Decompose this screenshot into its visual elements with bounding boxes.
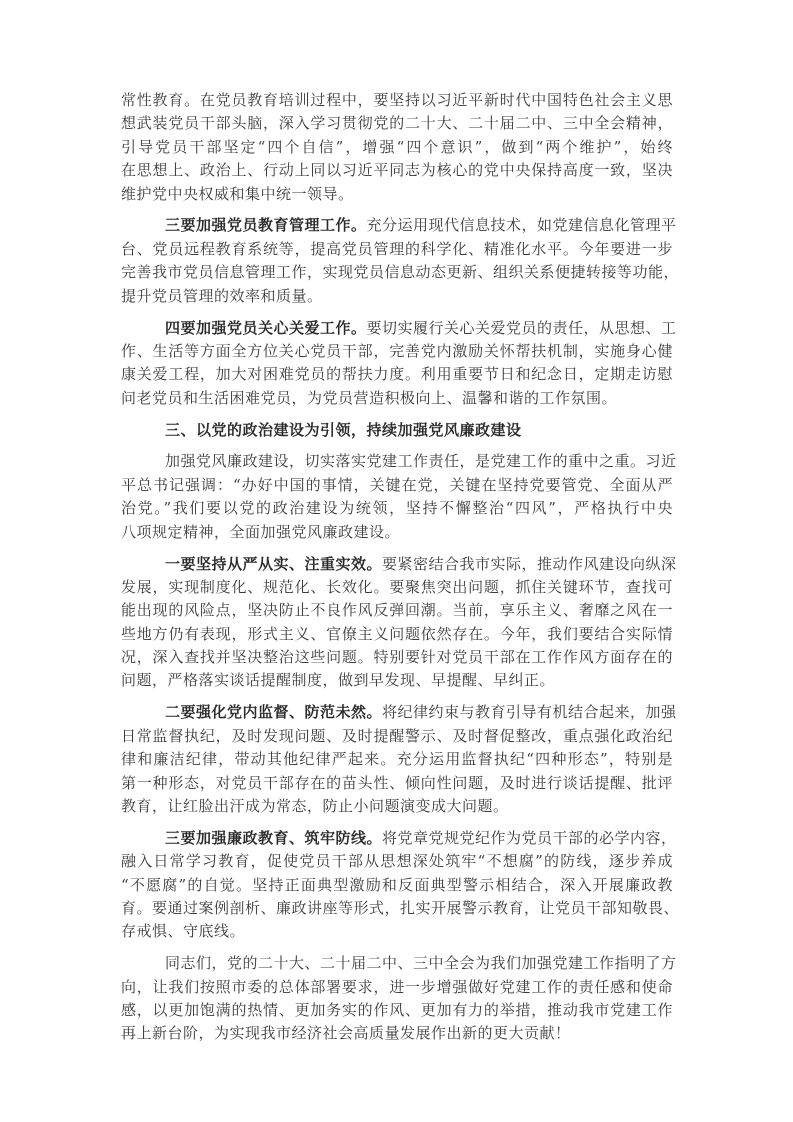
text-line: 些地方仍有表现，形式主义、官僚主义问题依然存在。今年，我们要结合实际情 xyxy=(121,623,673,646)
paragraph-lead: 三要加强廉政教育、筑牢防线。 xyxy=(165,829,382,847)
paragraph-party-member-management: 三要加强党员教育管理工作。充分运用现代信息技术，如党建信息化管理平 台、党员远程… xyxy=(121,214,673,308)
text-line: 问题，严格落实谈话提醒制度，做到早发现、早提醒、早纠正。 xyxy=(121,669,673,692)
text-line: 能出现的风险点，坚决防止不良作风反弹回潮。当前，享乐主义、奢靡之风在一 xyxy=(121,599,673,622)
text-line: 三要加强廉政教育、筑牢防线。将党章党规党纪作为党员干部的必学内容， xyxy=(121,827,673,850)
paragraph-internal-supervision: 二要强化党内监督、防范未然。将纪律约束与教育引导有机结合起来，加强 日常监督执纪… xyxy=(121,701,673,818)
paragraph-strict-and-practical: 一要坚持从严从实、注重实效。要紧密结合我市实际，推动作风建设向纵深 发展，实现制… xyxy=(121,553,673,693)
text-line: 同志们，党的二十大、二十届二中、三中全会为我们加强党建工作指明了方 xyxy=(121,952,673,975)
text-line: 向，让我们按照市委的总体部署要求，进一步增强做好党建工作的责任感和使命 xyxy=(121,976,673,999)
text-line: 融入日常学习教育，促使党员干部从思想深处筑牢“不想腐”的防线，逐步养成 xyxy=(121,850,673,873)
text-line: 引导党员干部坚定“四个自信”，增强“四个意识”，做到“两个维护”，始终 xyxy=(121,136,673,159)
paragraph-continuation-education: 常性教育。在党员教育培训过程中，要坚持以习近平新时代中国特色社会主义思 想武装党… xyxy=(121,89,673,206)
text-line: 台、党员远程教育系统等，提高党员管理的科学化、精准化水平。今年要进一步 xyxy=(121,238,673,261)
paragraph-closing: 同志们，党的二十大、二十届二中、三中全会为我们加强党建工作指明了方 向，让我们按… xyxy=(121,952,673,1046)
paragraph-party-member-care: 四要加强党员关心关爱工作。要切实履行关心关爱党员的责任，从思想、工 作、生活等方… xyxy=(121,317,673,411)
paragraph-text: 将党章党规党纪作为党员干部的必学内容， xyxy=(382,829,677,847)
text-line: 加强党风廉政建设，切实落实党建工作责任，是党建工作的重中之重。习近 xyxy=(121,450,673,473)
paragraph-lead: 二要强化党内监督、防范未然。 xyxy=(165,703,382,721)
text-line: 治党。”我们要以党的政治建设为统领，坚持不懈整治“四风”，严格执行中央 xyxy=(121,497,673,520)
section-heading: 三、以党的政治建设为引领，持续加强党风廉政建设 xyxy=(121,419,673,442)
text-line: 教育，让红脸出汗成为常态，防止小问题演变成大问题。 xyxy=(121,795,673,818)
text-line: 康关爱工程，加大对困难党员的帮扶力度。利用重要节日和纪念日，定期走访慰 xyxy=(121,363,673,386)
paragraph-lead: 三要加强党员教育管理工作。 xyxy=(165,216,367,234)
paragraph-clean-governance-intro: 加强党风廉政建设，切实落实党建工作责任，是党建工作的重中之重。习近 平总书记强调… xyxy=(121,450,673,544)
paragraph-lead: 一要坚持从严从实、注重实效。 xyxy=(165,555,382,573)
text-line: 第一种形态，对党员干部存在的苗头性、倾向性问题，及时进行谈话提醒、批评 xyxy=(121,772,673,795)
text-line: 二要强化党内监督、防范未然。将纪律约束与教育引导有机结合起来，加强 xyxy=(121,701,673,724)
text-line: 三要加强党员教育管理工作。充分运用现代信息技术，如党建信息化管理平 xyxy=(121,214,673,237)
text-line: 四要加强党员关心关爱工作。要切实履行关心关爱党员的责任，从思想、工 xyxy=(121,317,673,340)
paragraph-text: 要切实履行关心关爱党员的责任，从思想、工 xyxy=(367,319,677,337)
text-line: 八项规定精神，全面加强党风廉政建设。 xyxy=(121,521,673,544)
text-line: 作、生活等方面全方位关心党员干部，完善党内激励关怀帮扶机制，实施身心健 xyxy=(121,340,673,363)
text-line: 况，深入查找并坚决整治这些问题。特别要针对党员干部在工作作风方面存在的 xyxy=(121,646,673,669)
text-line: 平总书记强调：“办好中国的事情，关键在党，关键在坚持党要管党、全面从严 xyxy=(121,474,673,497)
paragraph-text: 要紧密结合我市实际，推动作风建设向纵深 xyxy=(382,555,677,573)
text-line: 日常监督执纪，及时发现问题、及时提醒警示、及时督促整改，重点强化政治纪 xyxy=(121,725,673,748)
text-line: 再上新台阶，为实现我市经济社会高质量发展作出新的更大贡献！ xyxy=(121,1022,673,1045)
paragraph-text: 将纪律约束与教育引导有机结合起来，加强 xyxy=(382,703,677,721)
paragraph-lead: 四要加强党员关心关爱工作。 xyxy=(165,319,367,337)
text-line: 存戒惧、守底线。 xyxy=(121,920,673,943)
text-line: 在思想上、政治上、行动上同以习近平同志为核心的党中央保持高度一致，坚决 xyxy=(121,159,673,182)
text-line: 问老党员和生活困难党员，为党员营造积极向上、温馨和谐的工作氛围。 xyxy=(121,387,673,410)
text-line: “不愿腐”的自觉。坚持正面典型激励和反面典型警示相结合，深入开展廉政教 xyxy=(121,874,673,897)
text-line: 常性教育。在党员教育培训过程中，要坚持以习近平新时代中国特色社会主义思 xyxy=(121,89,673,112)
section-heading-three: 三、以党的政治建设为引领，持续加强党风廉政建设 xyxy=(121,419,673,442)
text-line: 提升党员管理的效率和质量。 xyxy=(121,285,673,308)
paragraph-text: 充分运用现代信息技术，如党建信息化管理平 xyxy=(367,216,677,234)
text-line: 一要坚持从严从实、注重实效。要紧密结合我市实际，推动作风建设向纵深 xyxy=(121,553,673,576)
text-line: 育。要通过案例剖析、廉政讲座等形式，扎实开展警示教育，让党员干部知敬畏、 xyxy=(121,897,673,920)
text-line: 感，以更加饱满的热情、更加务实的作风、更加有力的举措，推动我市党建工作 xyxy=(121,999,673,1022)
text-line: 维护党中央权威和集中统一领导。 xyxy=(121,183,673,206)
text-line: 发展，实现制度化、规范化、长效化。要聚焦突出问题，抓住关键环节，查找可 xyxy=(121,576,673,599)
document-page: 常性教育。在党员教育培训过程中，要坚持以习近平新时代中国特色社会主义思 想武装党… xyxy=(121,89,673,1054)
text-line: 想武装党员干部头脑，深入学习贯彻党的二十大、二十届二中、三中全会精神， xyxy=(121,112,673,135)
text-line: 律和廉洁纪律，带动其他纪律严起来。充分运用监督执纪“四种形态”，特别是 xyxy=(121,748,673,771)
text-line: 完善我市党员信息管理工作，实现党员信息动态更新、组织关系便捷转接等功能， xyxy=(121,261,673,284)
paragraph-integrity-education: 三要加强廉政教育、筑牢防线。将党章党规党纪作为党员干部的必学内容， 融入日常学习… xyxy=(121,827,673,944)
